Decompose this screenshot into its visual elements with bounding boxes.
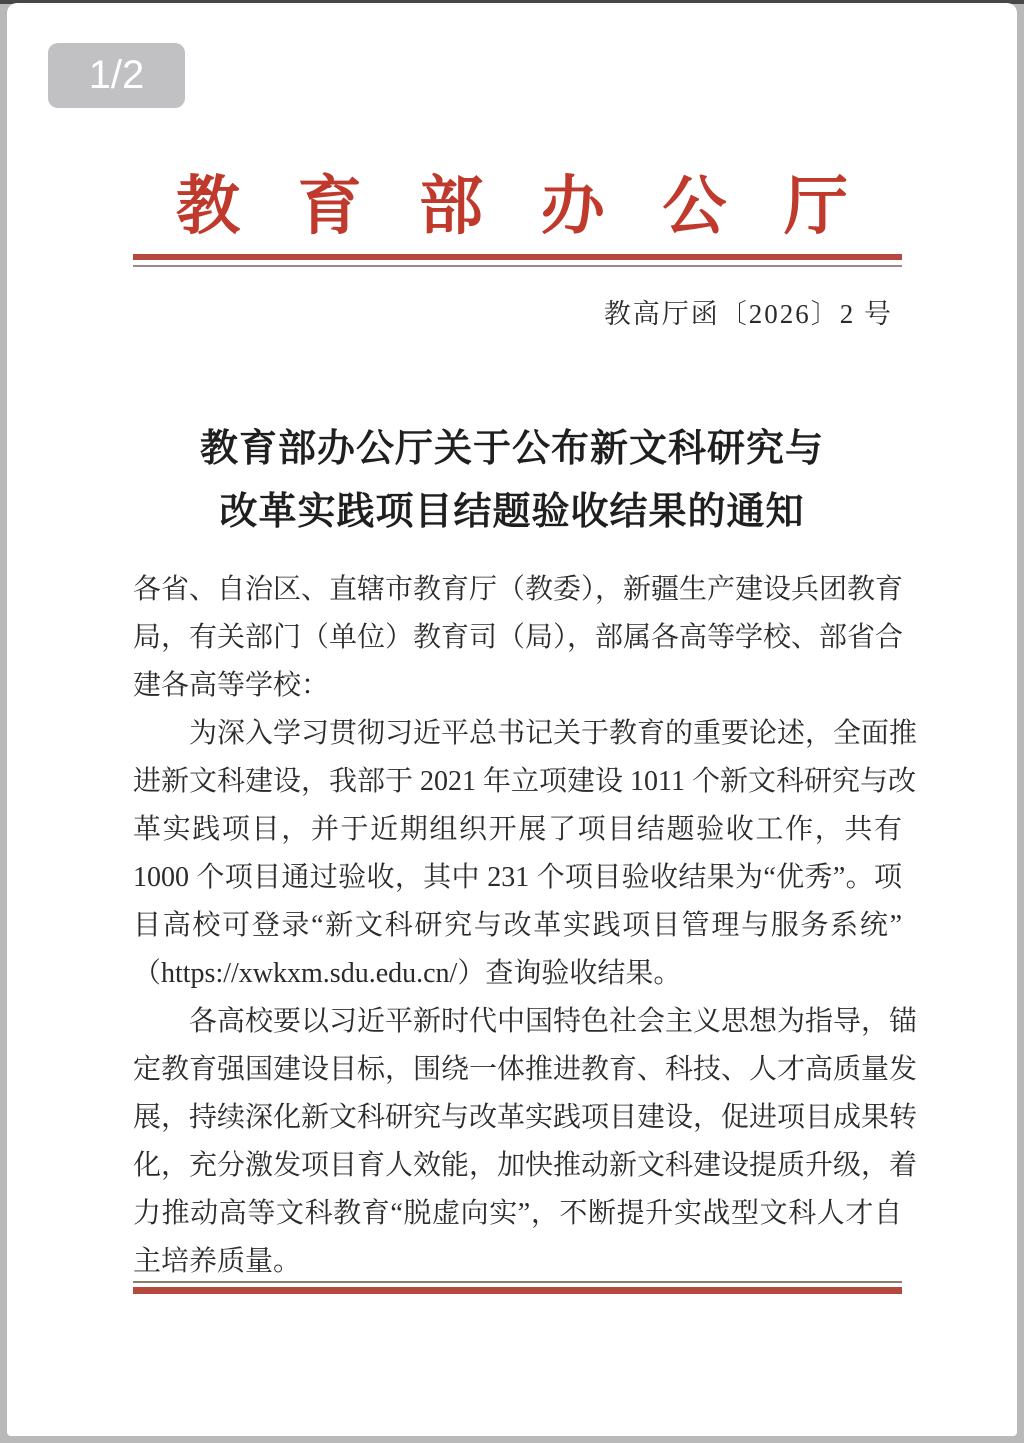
letterhead-rule-thick (133, 254, 902, 260)
body-paragraph-2: 各高校要以习近平新时代中国特色社会主义思想为指导，锚定教育强国建设目标，围绕一体… (133, 998, 902, 1286)
body-text-line: 建各高等学校： (133, 662, 902, 710)
body-text-line: 革实践项目，并于近期组织开展了项目结题验收工作，共有 (133, 806, 902, 854)
body-text-line: 各高校要以习近平新时代中国特色社会主义思想为指导，锚 (133, 998, 902, 1046)
body-paragraph-1: 为深入学习贯彻习近平总书记关于教育的重要论述，全面推进新文科建设，我部于 202… (133, 710, 902, 998)
body-text-line: 主培养质量。 (133, 1238, 902, 1286)
document-body: 各省、自治区、直辖市教育厅（教委），新疆生产建设兵团教育局，有关部门（单位）教育… (133, 566, 902, 1286)
body-text-line: 进新文科建设，我部于 2021 年立项建设 1011 个新文科研究与改 (133, 758, 902, 806)
screenshot-canvas: 1/2 教育部办公厅 教高厅函〔2026〕2 号 教育部办公厅关于公布新文科研究… (0, 0, 1024, 1443)
body-text-line: （https://xwkxm.sdu.edu.cn/）查询验收结果。 (133, 950, 902, 998)
document-number: 教高厅函〔2026〕2 号 (0, 292, 893, 331)
body-text-line: 化，充分激发项目育人效能，加快推动新文科建设提质升级，着 (133, 1142, 902, 1190)
body-text-line: 各省、自治区、直辖市教育厅（教委），新疆生产建设兵团教育 (133, 566, 902, 614)
page-indicator-badge: 1/2 (48, 43, 185, 108)
body-text-line: 为深入学习贯彻习近平总书记关于教育的重要论述，全面推 (133, 710, 902, 758)
document-title: 教育部办公厅关于公布新文科研究与 改革实践项目结题验收结果的通知 (0, 418, 1024, 544)
footer-rule-thin (133, 1281, 902, 1283)
document-title-line2: 改革实践项目结题验收结果的通知 (219, 491, 804, 533)
footer-rule-thick (133, 1287, 902, 1294)
salutation-paragraph: 各省、自治区、直辖市教育厅（教委），新疆生产建设兵团教育局，有关部门（单位）教育… (133, 566, 902, 710)
document-title-line1: 教育部办公厅关于公布新文科研究与 (200, 428, 824, 470)
letterhead-org-name: 教育部办公厅 (0, 155, 1024, 247)
body-text-line: 目高校可登录“新文科研究与改革实践项目管理与服务系统” (133, 902, 902, 950)
body-text-line: 局，有关部门（单位）教育司（局），部属各高等学校、部省合 (133, 614, 902, 662)
letterhead-rule-thin (133, 265, 902, 267)
body-text-line: 展，持续深化新文科研究与改革实践项目建设，促进项目成果转 (133, 1094, 902, 1142)
body-text-line: 1000 个项目通过验收，其中 231 个项目验收结果为“优秀”。项 (133, 854, 902, 902)
body-text-line: 力推动高等文科教育“脱虚向实”，不断提升实战型文科人才自 (133, 1190, 902, 1238)
body-text-line: 定教育强国建设目标，围绕一体推进教育、科技、人才高质量发 (133, 1046, 902, 1094)
